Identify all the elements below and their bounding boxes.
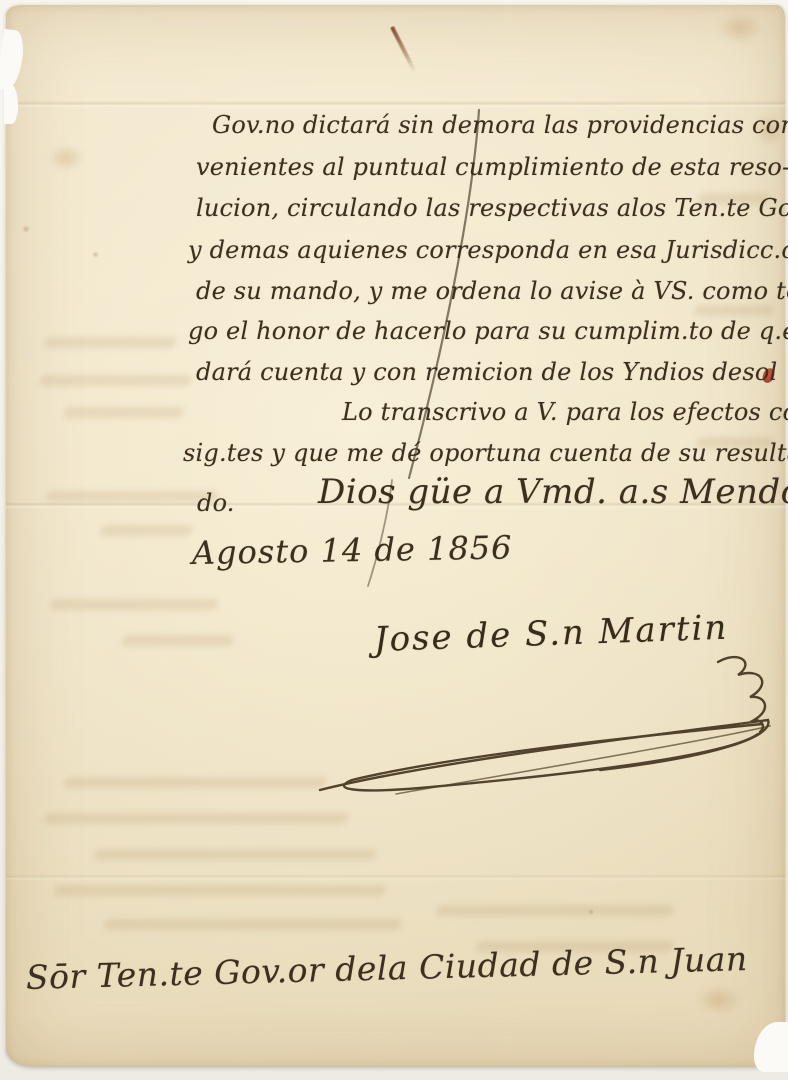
scan-background: Gov.no dictará sin demora las providenci… bbox=[0, 0, 788, 1080]
ink-bleedthrough bbox=[49, 599, 219, 610]
ink-speck bbox=[92, 251, 99, 258]
ink-bleedthrough bbox=[43, 813, 349, 824]
foxing-stain bbox=[48, 145, 84, 171]
ink-bleedthrough bbox=[63, 777, 327, 788]
fold-crease bbox=[6, 101, 785, 108]
scratch-mark bbox=[390, 26, 416, 72]
valediction: Dios güe a Vmd. a.s Mendoza bbox=[318, 474, 788, 511]
manuscript-line: venientes al puntual cumplimiento de est… bbox=[196, 154, 788, 180]
manuscript-line: Lo transcrivo a V. para los efectos con- bbox=[342, 399, 788, 425]
ink-speck bbox=[588, 909, 594, 915]
ink-bleedthrough bbox=[103, 919, 403, 930]
ink-bleedthrough bbox=[39, 375, 193, 386]
ink-bleedthrough bbox=[93, 849, 377, 860]
foxing-stain bbox=[718, 13, 762, 43]
ink-bleedthrough bbox=[45, 491, 219, 502]
manuscript-line: dará cuenta y con remicion de los Yndios… bbox=[196, 359, 777, 385]
fold-crease bbox=[6, 874, 785, 881]
ink-bleedthrough bbox=[693, 305, 775, 316]
paragraph-continuation: do. bbox=[197, 490, 235, 516]
foxing-stain bbox=[696, 985, 742, 1015]
ink-bleedthrough bbox=[435, 905, 675, 916]
ink-bleedthrough bbox=[99, 525, 193, 536]
dateline: Agosto 14 de 1856 bbox=[192, 530, 513, 571]
ink-speck bbox=[22, 225, 30, 233]
manuscript-line: y demas aquienes corresponda en esa Juri… bbox=[188, 237, 788, 263]
manuscript-line: lucion, circulando las respectivas alos … bbox=[196, 195, 788, 221]
ink-bleedthrough bbox=[121, 635, 235, 646]
ink-bleedthrough bbox=[63, 407, 185, 418]
manuscript-line: go el honor de hacerlo para su cumplim.t… bbox=[188, 318, 788, 344]
edge-tear-left bbox=[4, 84, 18, 124]
manuscript-line: sig.tes y que me dé oportuna cuenta de s… bbox=[183, 440, 788, 466]
signature-rubric-flourish bbox=[300, 648, 780, 798]
manuscript-line: de su mando, y me ordena lo avise à VS. … bbox=[196, 278, 788, 304]
manuscript-line: Gov.no dictará sin demora las providenci… bbox=[212, 112, 788, 138]
ink-bleedthrough bbox=[43, 337, 177, 348]
ink-bleedthrough bbox=[53, 885, 387, 896]
